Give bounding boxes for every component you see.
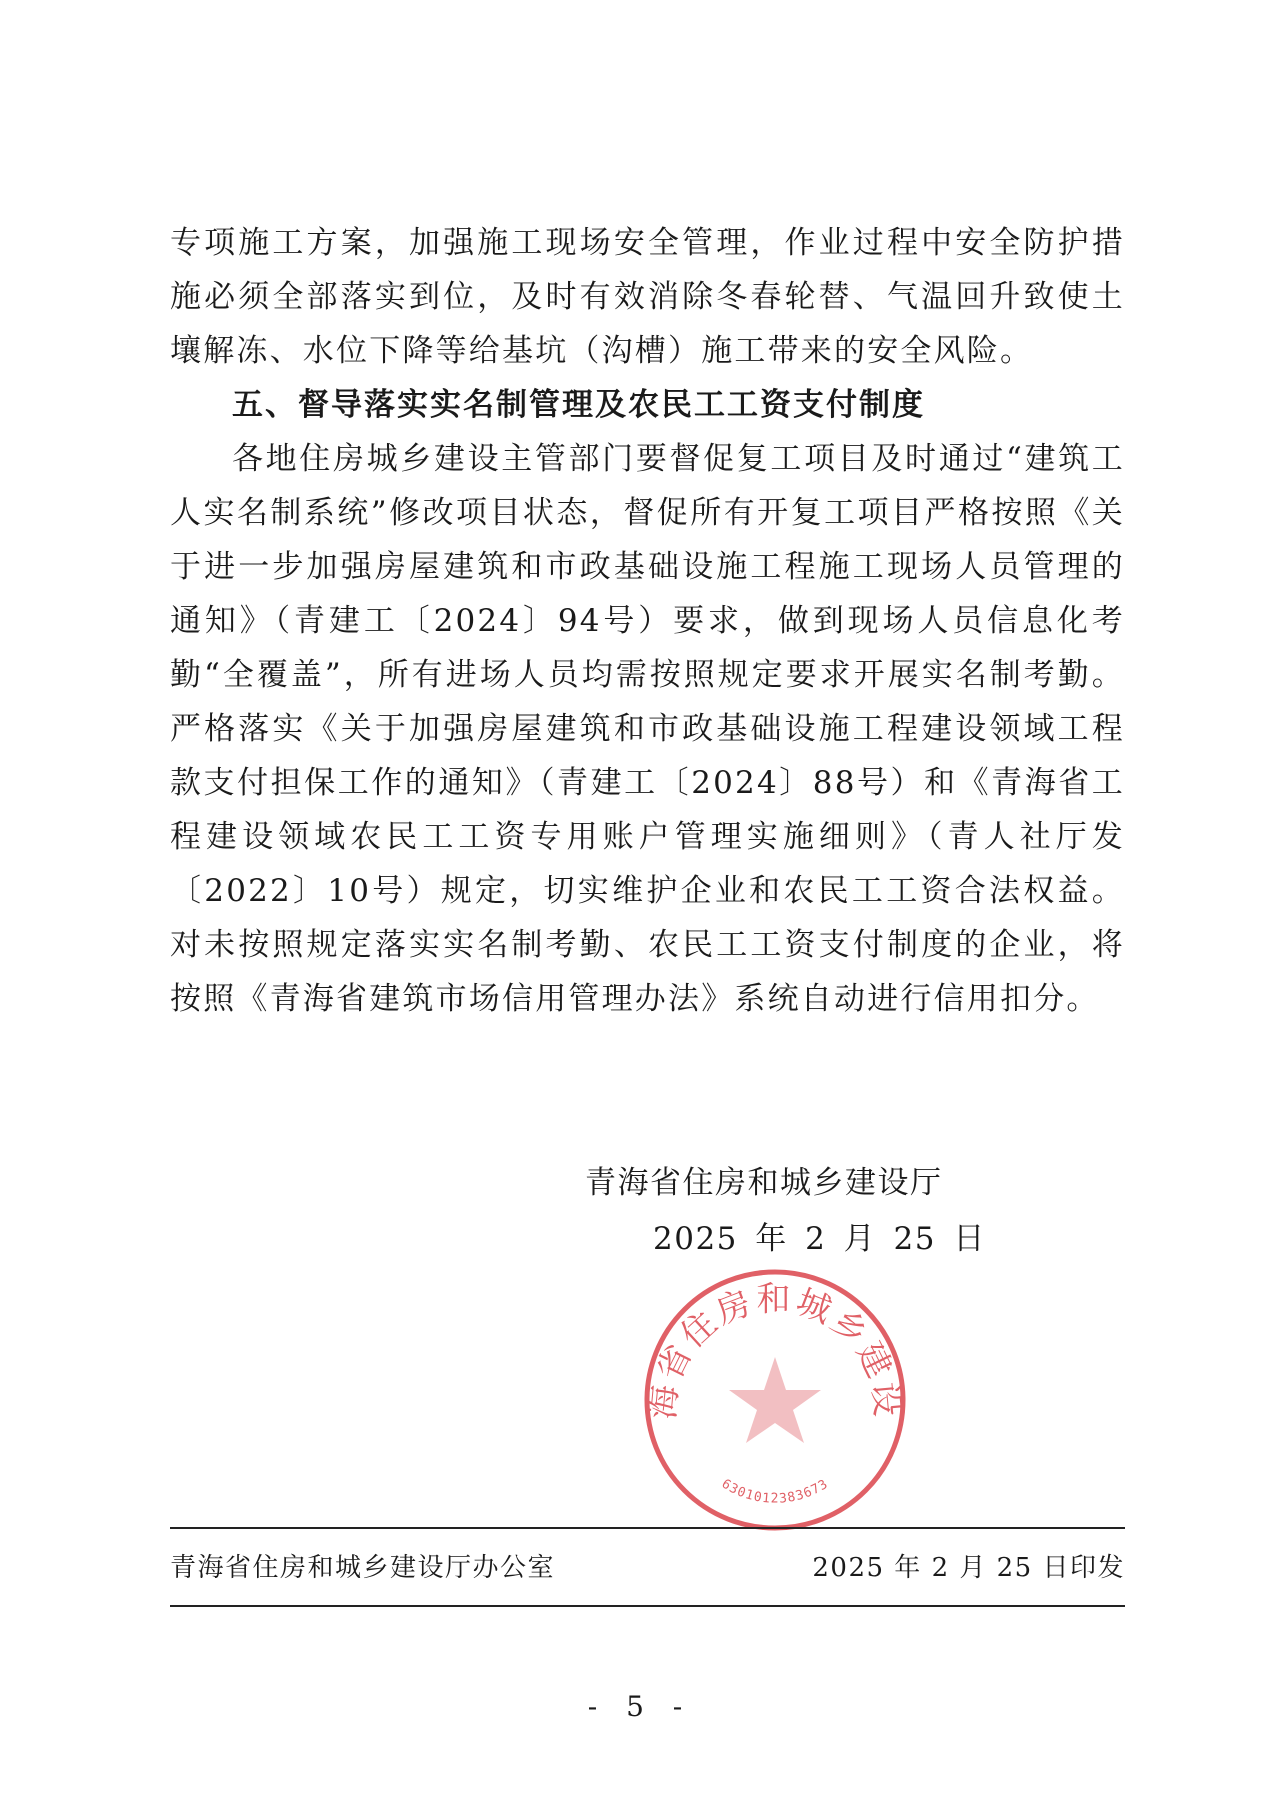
section-heading: 五、督导落实实名制管理及农民工工资支付制度 — [170, 378, 1125, 432]
document-body: 专项施工方案，加强施工现场安全管理，作业过程中安全防护措施必须全部落实到位，及时… — [170, 216, 1125, 1026]
footer-issue-date: 2025 年 2 月 25 日印发 — [812, 1547, 1125, 1584]
document-page: 专项施工方案，加强施工现场安全管理，作业过程中安全防护措施必须全部落实到位，及时… — [0, 0, 1280, 1810]
svg-text:6301012383673: 6301012383673 — [719, 1477, 831, 1507]
paragraph-continuation: 专项施工方案，加强施工现场安全管理，作业过程中安全防护措施必须全部落实到位，及时… — [170, 216, 1125, 378]
page-number: - 5 - — [0, 1690, 1280, 1723]
seal-code: 6301012383673 — [719, 1477, 831, 1507]
footer-issuer: 青海省住房和城乡建设厅办公室 — [170, 1547, 555, 1584]
official-seal-icon: 青海省住房和城乡建设厅 6301012383673 — [640, 1265, 910, 1535]
signature-date: 2025 年 2 月 25 日 — [585, 1211, 1005, 1267]
footer: 青海省住房和城乡建设厅办公室 2025 年 2 月 25 日印发 — [170, 1547, 1125, 1584]
signature-block: 青海省住房和城乡建设厅 2025 年 2 月 25 日 — [585, 1155, 1005, 1267]
footer-bottom-rule — [170, 1605, 1125, 1607]
signature-organization: 青海省住房和城乡建设厅 — [585, 1155, 1005, 1211]
seal-text: 青海省住房和城乡建设厅 — [640, 1265, 907, 1421]
svg-text:青海省住房和城乡建设厅: 青海省住房和城乡建设厅 — [640, 1265, 907, 1421]
footer-top-rule — [170, 1527, 1125, 1529]
paragraph-body: 各地住房城乡建设主管部门要督促复工项目及时通过“建筑工人实名制系统”修改项目状态… — [170, 432, 1125, 1026]
